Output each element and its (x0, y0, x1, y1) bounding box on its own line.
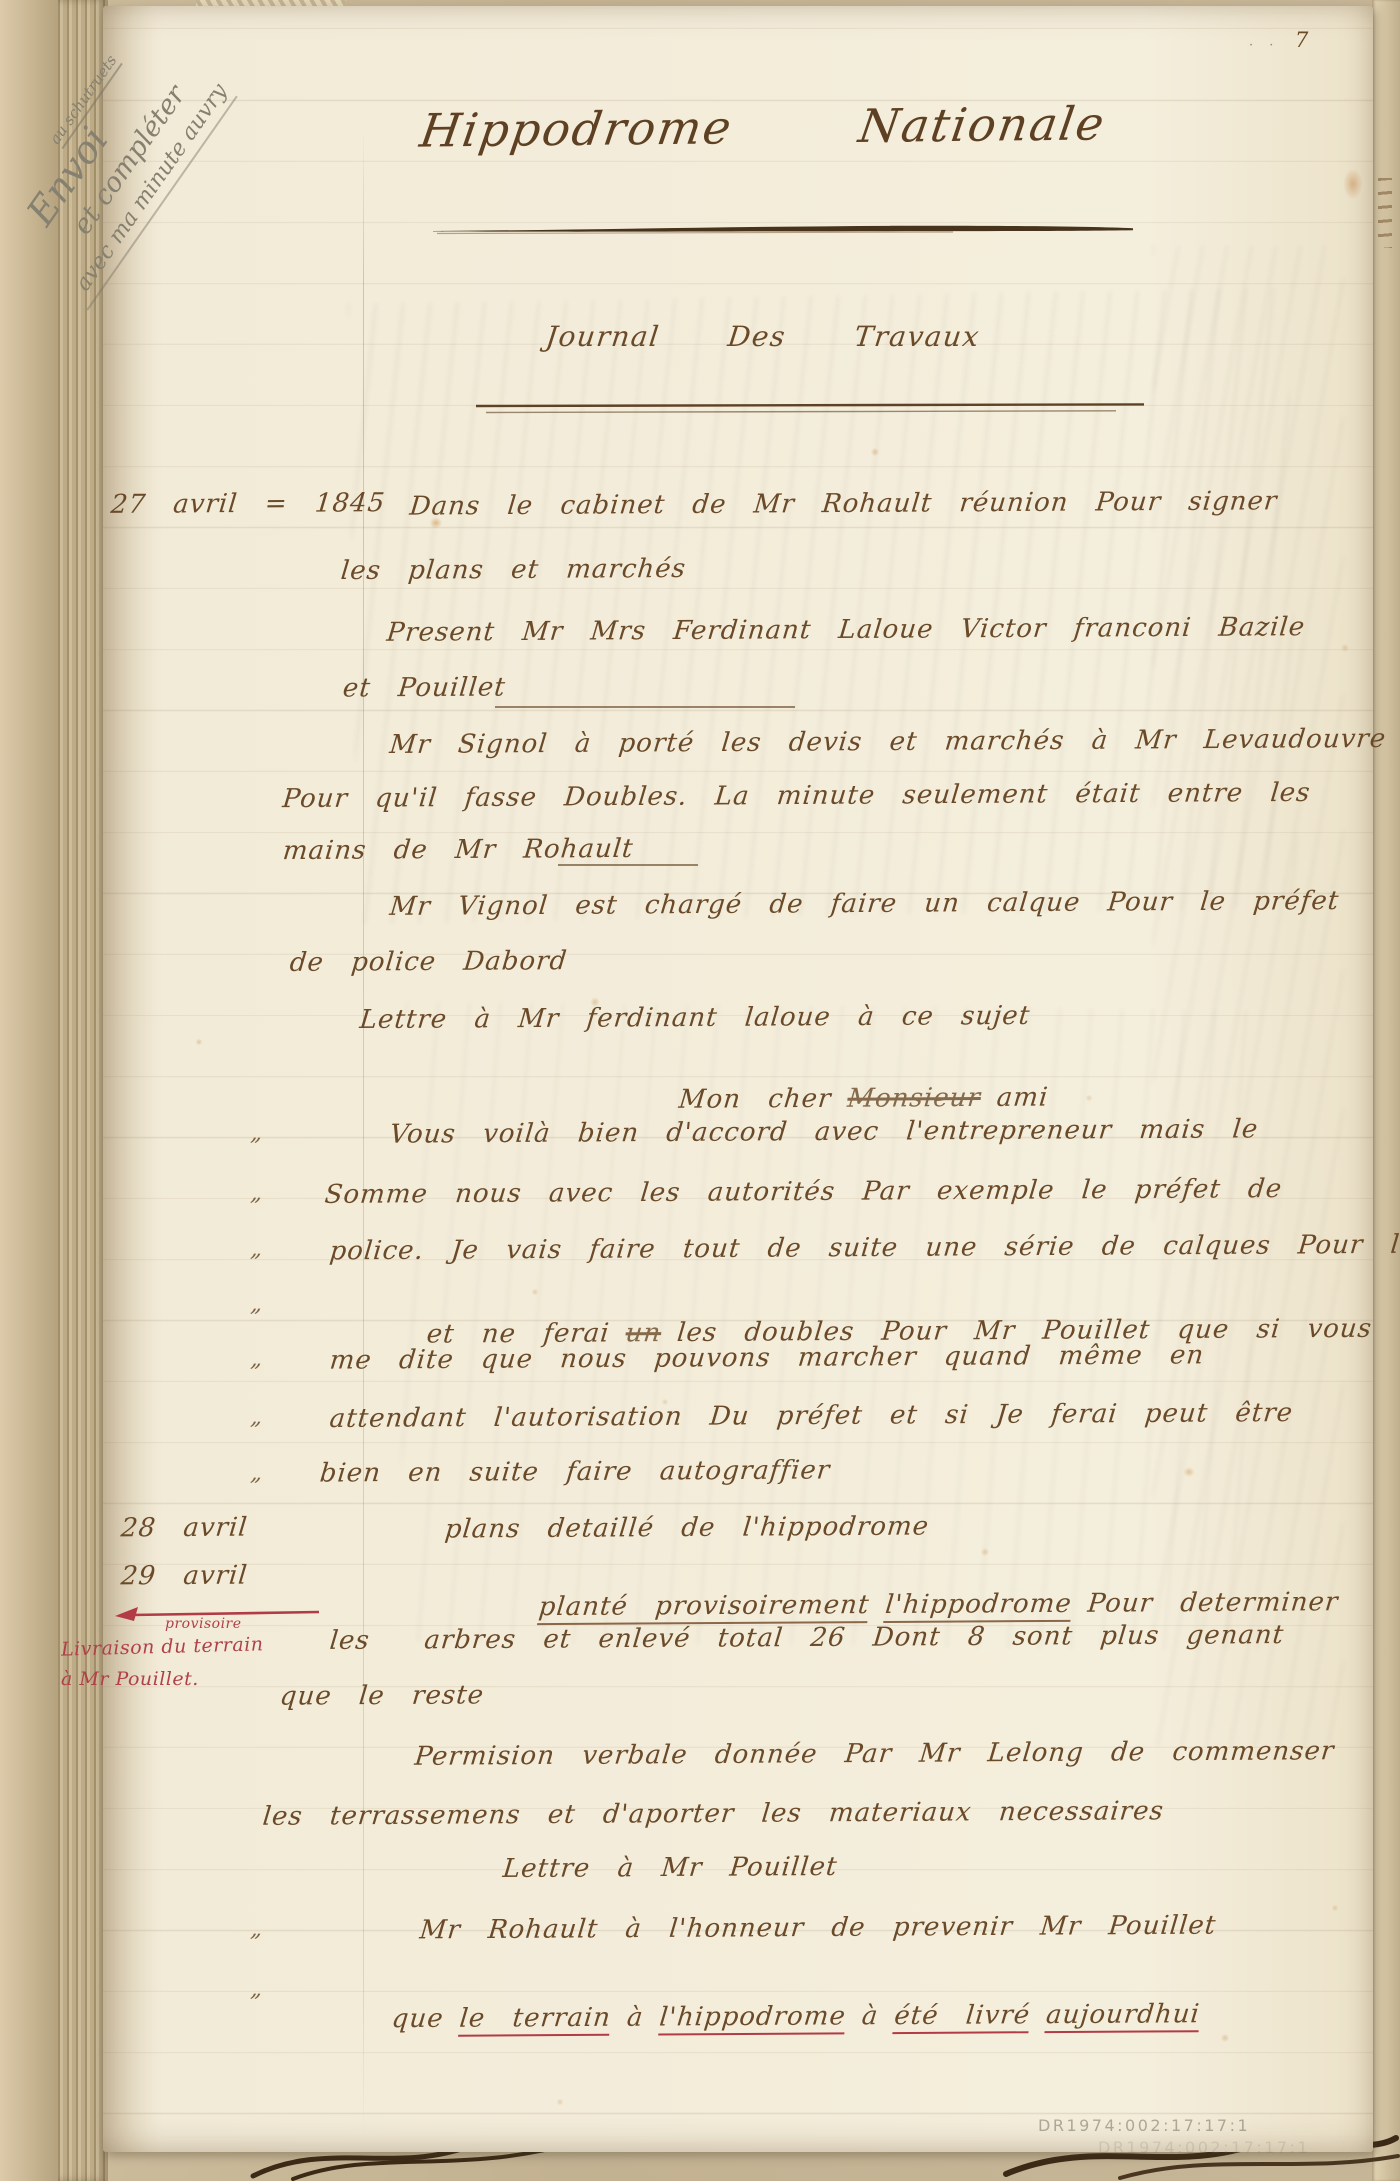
entry-date-28-avril: 28 avril (120, 1514, 250, 1543)
letter-line: bien en suite faire autograffier (318, 1456, 831, 1488)
letter-line: quele terrainàl'hippodromeàété livréaujo… (278, 1971, 1204, 2062)
quote-mark: „ (249, 1181, 264, 1206)
manuscript-line: Permision verbale donnée Par Mr Lelong d… (413, 1737, 1335, 1771)
underlined-text: planté provisoirement (537, 1590, 871, 1625)
corner-marks: · · (1249, 38, 1279, 53)
manuscript-line: de police Dabord (288, 947, 568, 977)
manuscript-line: Lettre à Mr ferdinant laloue à ce sujet (358, 1002, 1031, 1035)
letter-line: Somme nous avec les autorités Par exempl… (323, 1175, 1283, 1209)
manuscript-page: · · 7 au schutruets Envoi et compléter a… (103, 6, 1373, 2152)
double-rule (476, 402, 1144, 416)
underlined-text: l'hippodrome (884, 1588, 1074, 1622)
accession-number: DR1974:002:17:17:1 (1038, 2116, 1250, 2135)
quote-mark: „ (249, 1917, 264, 1942)
quote-mark: „ (249, 1461, 264, 1486)
manuscript-photo: { "header": { "title": "Hippodrome Natio… (0, 0, 1400, 2181)
right-page-edge (1372, 0, 1400, 2181)
manuscript-line: mains de Mr Rohault (281, 835, 634, 866)
ink-flourish (558, 864, 698, 866)
accession-number-faint: DR1974:002:17:17:1 (1098, 2138, 1310, 2157)
page-stack-edges (58, 0, 108, 2181)
letter-line: police. Je vais faire tout de suite une … (328, 1231, 1400, 1266)
manuscript-line: les plans et marchés (339, 555, 687, 586)
red-underlined-text: l'hippodrome (658, 2001, 848, 2035)
manuscript-line: Lettre à Mr Pouillet (501, 1853, 838, 1884)
red-underlined-text: aujourdhui (1044, 1999, 1201, 2033)
ink-showthrough (1153, 246, 1343, 1746)
letter-text: que (390, 2003, 445, 2033)
entry-date-29-avril: 29 avril (120, 1562, 250, 1591)
red-underlined-text: le terrain (458, 2002, 613, 2036)
manuscript-line: Present Mr Mrs Ferdinant Laloue Victor f… (385, 613, 1306, 647)
ink-flourish (495, 706, 795, 708)
journal-subtitle: Journal Des Travaux (401, 320, 1125, 353)
manuscript-line: les arbres et enlevé total 26 Dont 8 son… (328, 1621, 1285, 1655)
salutation-text: ami (995, 1082, 1049, 1112)
letter-line: Vous voilà bien d'accord avec l'entrepre… (388, 1115, 1259, 1149)
quote-mark: „ (249, 1121, 264, 1146)
book-spine (0, 0, 62, 2181)
red-margin-note-inserted: provisoire (165, 1616, 242, 1632)
letter-line: attendant l'autorisation Du préfet et si… (328, 1399, 1294, 1433)
quote-mark: „ (249, 1292, 264, 1317)
body-text: Pour determiner (1086, 1587, 1339, 1619)
letter-text: à (860, 2001, 879, 2031)
letter-text: à (626, 2002, 645, 2032)
manuscript-line: Mr Signol à porté les devis et marchés à… (388, 725, 1387, 760)
manuscript-line: Dans le cabinet de Mr Rohault réunion Po… (408, 487, 1278, 521)
ink-showthrough (348, 288, 1299, 924)
manuscript-line: les terrassemens et d'aporter les materi… (261, 1797, 1165, 1831)
struck-word: Monsieur (846, 1083, 982, 1114)
page-title: Hippodrome Nationale (398, 96, 1127, 158)
letter-line: me dite que nous pouvons marcher quand m… (328, 1341, 1205, 1375)
salutation-text: Mon cher (678, 1083, 833, 1114)
entry-date-27-avril: 27 avril = 1845 (109, 489, 386, 519)
quote-mark: „ (249, 1237, 264, 1262)
letter-line: Mr Rohault à l'honneur de prevenir Mr Po… (418, 1912, 1217, 1945)
manuscript-line: Pour qu'il fasse Doubles. La minute seul… (281, 779, 1312, 814)
manuscript-line: et Pouillet (342, 674, 508, 704)
quote-mark: „ (249, 1405, 264, 1430)
title-rule (433, 222, 1133, 236)
red-margin-note: à Mr Pouillet. (61, 1668, 199, 1690)
folio-number: 7 (1295, 28, 1308, 52)
quote-mark: „ (249, 1347, 264, 1372)
manuscript-line: Mr Vignol est chargé de faire un calque … (388, 887, 1340, 921)
adjacent-page-ink-marks (1378, 178, 1392, 248)
margin-crease-line (363, 126, 364, 2136)
red-margin-note: Livraison du terrain (61, 1633, 264, 1660)
quote-mark: „ (249, 1977, 264, 2002)
manuscript-line: plans detaillé de l'hippodrome (443, 1513, 930, 1545)
manuscript-line: que le reste (279, 1681, 486, 1711)
red-underlined-text: été livré (893, 2000, 1032, 2034)
